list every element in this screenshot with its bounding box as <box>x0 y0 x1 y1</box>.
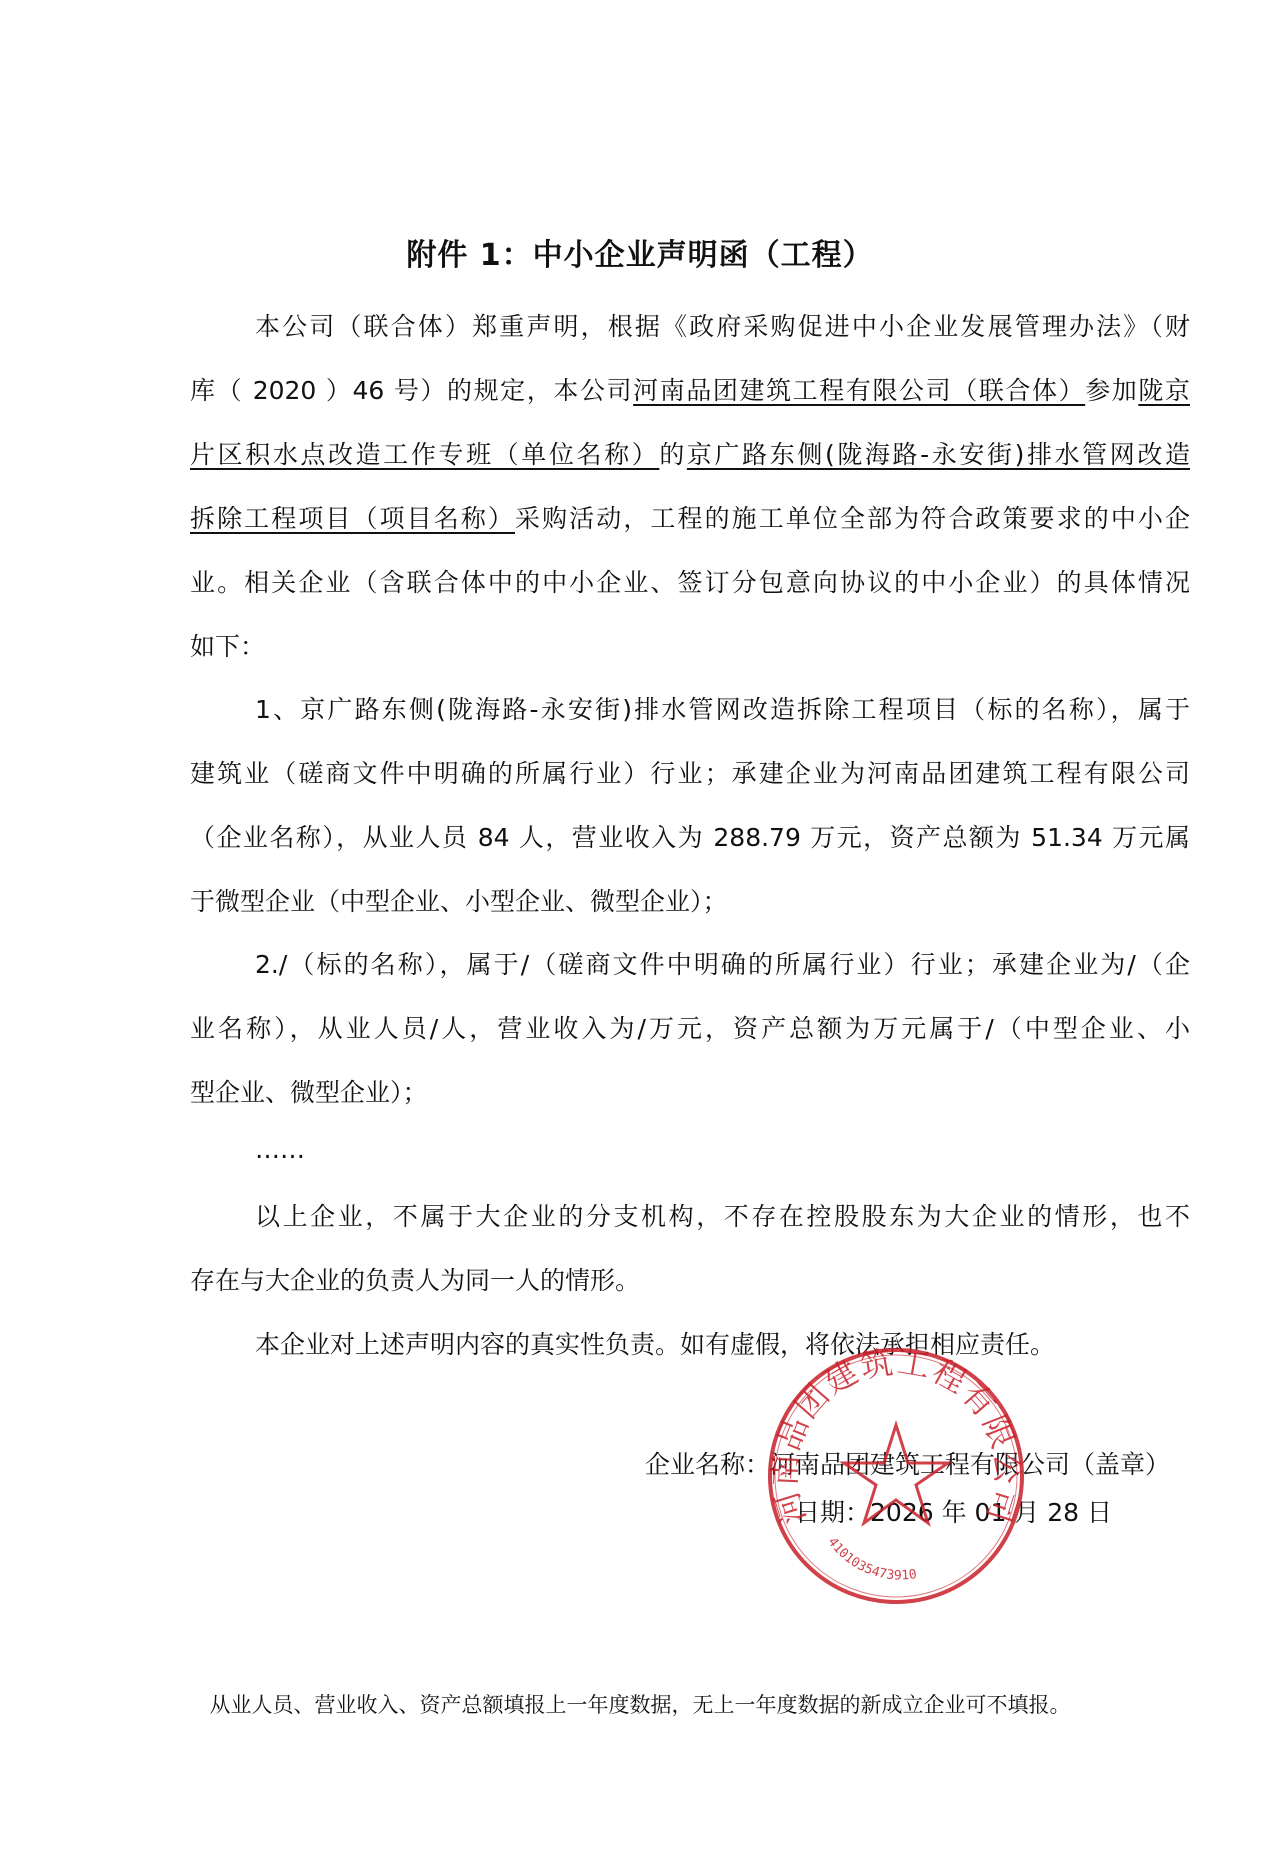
project-name-underlined: 拆除工程项目（项目名称） <box>190 504 515 533</box>
company-name-underlined: 河南品团建筑工程有限公司（联合体） <box>633 376 1085 405</box>
intro-text: 采购活动，工程的施工单位全部为符合政策要求的中小企 <box>515 504 1190 533</box>
intro-text: 的 <box>659 440 687 469</box>
intro-line-2: 库（ 2020 ）46 号）的规定，本公司河南品团建筑工程有限公司（联合体）参加… <box>190 374 1190 408</box>
document-title: 附件 1：中小企业声明函（工程） <box>0 230 1280 274</box>
item2-line-2: 业名称），从业人员/人，营业收入为/万元，资产总额为万元属于/（中型企业、小 <box>190 1012 1190 1046</box>
statement-line-1: 以上企业，不属于大企业的分支机构，不存在控股股东为大企业的情形，也不 <box>255 1200 1190 1234</box>
item1-line-3: （企业名称），从业人员 84 人，营业收入为 288.79 万元，资产总额为 5… <box>190 821 1190 855</box>
signature-company: 企业名称：河南品团建筑工程有限公司（盖章） <box>645 1448 1170 1482</box>
statement-line-2: 存在与大企业的负责人为同一人的情形。 <box>190 1264 1190 1298</box>
unit-name-underlined: 片区积水点改造工作专班（单位名称） <box>190 440 659 469</box>
project-name-underlined: 京广路东侧(陇海路-永安街)排水管网改造 <box>687 440 1190 469</box>
item2-line-3: 型企业、微型企业）； <box>190 1076 1190 1110</box>
item2-line-1: 2./（标的名称），属于/（磋商文件中明确的所属行业）行业；承建企业为/（企 <box>255 948 1190 982</box>
intro-text: 参加 <box>1085 376 1138 405</box>
statement-line-3: 本企业对上述声明内容的真实性负责。如有虚假，将依法承担相应责任。 <box>255 1328 1190 1362</box>
intro-line-5: 业。相关企业（含联合体中的中小企业、签订分包意向协议的中小企业）的具体情况 <box>190 566 1190 600</box>
document-page: 附件 1：中小企业声明函（工程） 本公司（联合体）郑重声明，根据《政府采购促进中… <box>0 0 1280 1867</box>
intro-line-3: 片区积水点改造工作专班（单位名称）的京广路东侧(陇海路-永安街)排水管网改造 <box>190 438 1190 472</box>
item1-line-1: 1、京广路东侧(陇海路-永安街)排水管网改造拆除工程项目（标的名称），属于 <box>255 693 1190 727</box>
ellipsis: …… <box>255 1133 455 1167</box>
unit-name-underlined: 陇京 <box>1138 376 1190 405</box>
intro-line-1: 本公司（联合体）郑重声明，根据《政府采购促进中小企业发展管理办法》（财 <box>255 310 1190 344</box>
svg-text:4101035473910: 4101035473910 <box>825 1535 918 1584</box>
intro-line-6: 如下： <box>190 630 1190 664</box>
item1-line-2: 建筑业（磋商文件中明确的所属行业）行业；承建企业为河南品团建筑工程有限公司 <box>190 757 1190 791</box>
signature-date: 日期：2026 年 01 月 28 日 <box>795 1496 1112 1530</box>
intro-line-4: 拆除工程项目（项目名称）采购活动，工程的施工单位全部为符合政策要求的中小企 <box>190 502 1190 536</box>
intro-text: 库（ 2020 ）46 号）的规定，本公司 <box>190 376 633 405</box>
footer-note: 从业人员、营业收入、资产总额填报上一年度数据，无上一年度数据的新成立企业可不填报… <box>0 1690 1280 1720</box>
item1-line-4: 于微型企业（中型企业、小型企业、微型企业）； <box>190 885 1190 919</box>
